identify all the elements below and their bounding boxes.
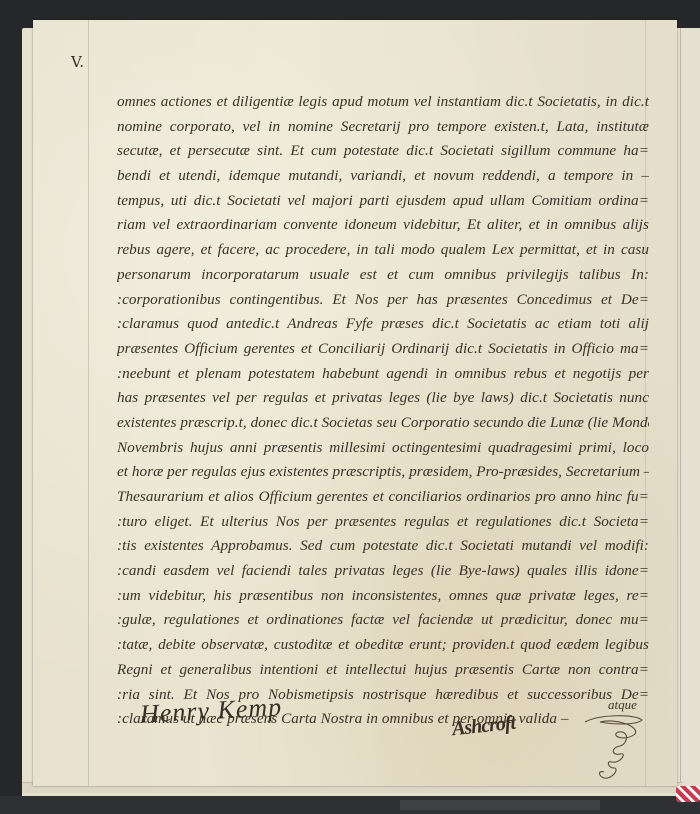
text-line: has præsentes vel per regulas et privata… [117, 386, 649, 411]
text-line: Regni et generalibus intentioni et intel… [117, 658, 649, 683]
text-line: et horæ per regulas ejus existentes præs… [117, 460, 649, 485]
text-line: tempus, uti dic.t Societati vel majori p… [117, 189, 649, 214]
text-line: :um videbitur, his præsentibus non incon… [117, 584, 649, 609]
text-line: :candi easdem vel faciendi tales privata… [117, 559, 649, 584]
manuscript-text: omnes actiones et diligentiæ legis apud … [117, 90, 649, 732]
text-line: secutæ, et persecutæ sint. Et cum potest… [117, 139, 649, 164]
text-line: :gulæ, regulationes et ordinationes fact… [117, 608, 649, 633]
text-line: nomine corporato, vel in nomine Secretar… [117, 115, 649, 140]
text-line: :turo eliget. Et ulterius Nos per præsen… [117, 510, 649, 535]
catchword: atque [608, 697, 637, 713]
text-line: rebus agere, et facere, ac procedere, in… [117, 238, 649, 263]
text-line: personarum incorporatarum usuale est et … [117, 263, 649, 288]
scanner-bed-strip [0, 796, 700, 814]
text-line: :claramus quod antedic.t Andreas Fyfe pr… [117, 312, 649, 337]
left-margin-rule [88, 20, 89, 786]
text-line: bendi et utendi, idemque mutandi, varian… [117, 164, 649, 189]
scanner-tab [400, 800, 600, 810]
text-line: Thesaurarium et alios Officium gerentes … [117, 485, 649, 510]
text-line: riam vel extraordinariam convente idoneu… [117, 213, 649, 238]
text-line: existentes præscrip.t, donec dic.t Socie… [117, 411, 649, 436]
text-line: :corporationibus contingentibus. Et Nos … [117, 288, 649, 313]
text-line: omnes actiones et diligentiæ legis apud … [117, 90, 649, 115]
text-line: :tis existentes Approbamus. Sed cum pote… [117, 534, 649, 559]
text-line: :tatæ, debite observatæ, custoditæ et ob… [117, 633, 649, 658]
text-line: præsentes Officium gerentes et Conciliar… [117, 337, 649, 362]
binding-ribbon [676, 786, 700, 802]
text-line: Novembris hujus anni præsentis millesimi… [117, 436, 649, 461]
catchword-flourish-icon [580, 712, 650, 787]
folio-number: V. [71, 53, 84, 71]
text-line: :neebunt et plenam potestatem habebunt a… [117, 362, 649, 387]
adjacent-page-edge [680, 28, 700, 798]
